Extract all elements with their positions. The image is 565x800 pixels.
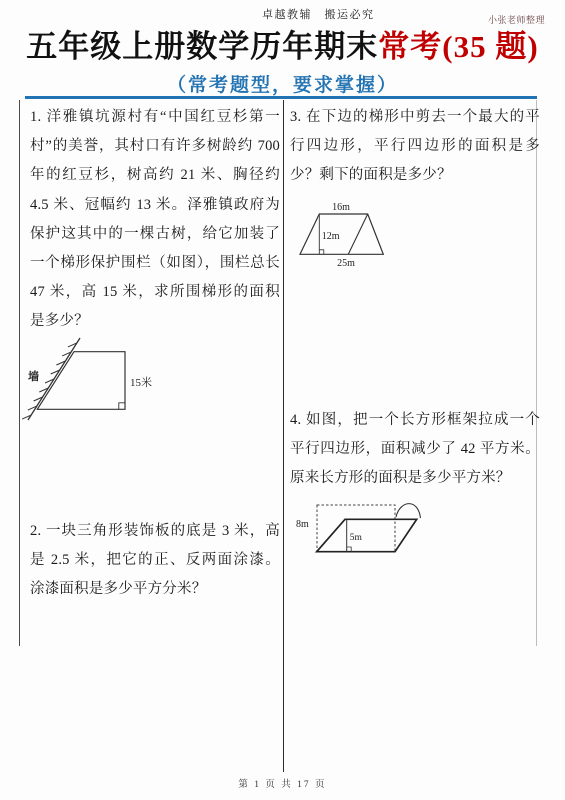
text-line: 3. 在下边的梯形中剪去一个最大的平	[290, 103, 540, 132]
figure-trapezoid-wall: 15米 墙	[20, 330, 160, 426]
text-line: 4.5 米、冠幅约 13 米。泽雅镇政府为	[30, 191, 280, 220]
side-length-label: 8m	[296, 519, 309, 530]
parallelogram-shape	[317, 519, 417, 551]
text-line: 年的红豆杉，树高约 21 米、胸径约	[30, 161, 280, 190]
right-angle-mark	[119, 403, 125, 410]
column-divider	[283, 100, 284, 772]
page-subtitle: （常考题型，要求掌握）	[0, 70, 565, 97]
wall-label: 墙	[28, 369, 39, 383]
text-line: 2. 一块三角形装饰板的底是 3 米，高	[30, 517, 280, 546]
bottom-length-label: 25m	[337, 258, 355, 269]
figure-rectangle-parallelogram: 8m 5m	[293, 497, 428, 559]
problem-4: 4. 如图，把一个长方形框架拉成一个 平行四边形，面积减少了 42 平方米。 原…	[290, 406, 540, 494]
height-label: 12m	[322, 231, 340, 242]
problem-1: 1. 洋雅镇坑源村有“中国红豆杉第一 村”的美誉，其村口有许多树龄约 700 年…	[30, 103, 280, 337]
height-label: 5m	[350, 533, 363, 543]
cut-line	[348, 214, 367, 254]
text-line: 原来长方形的面积是多少平方米？	[290, 464, 540, 493]
problem-3: 3. 在下边的梯形中剪去一个最大的平 行四边形，平行四边形的面积是多 少？剩下的…	[290, 103, 540, 191]
text-line: 村”的美誉，其村口有许多树龄约 700	[30, 132, 280, 161]
height-label: 15米	[130, 375, 152, 389]
text-line: 一个梯形保护围栏（如图），围栏总长	[30, 249, 280, 278]
original-rectangle-dashed	[317, 505, 395, 552]
pull-arrow-icon	[396, 504, 421, 518]
top-length-label: 16m	[332, 202, 350, 213]
text-line: 保护这其中的一棵古树，给它加装了	[30, 220, 280, 249]
problem-2: 2. 一块三角形装饰板的底是 3 米，高 是 2.5 米，把它的正、反两面涂漆。…	[30, 517, 280, 605]
text-line: 4. 如图，把一个长方形框架拉成一个	[290, 406, 540, 435]
header-slogan: 卓越教辅 搬运必究	[262, 6, 375, 22]
worksheet-page: 卓越教辅 搬运必究 小张老师整理 五年级上册数学历年期末常考(35 题) （常考…	[0, 0, 565, 800]
text-line: 少？剩下的面积是多少？	[290, 161, 540, 190]
trapezoid-shape	[300, 214, 383, 254]
text-line: 涂漆面积是多少平方分米？	[30, 575, 280, 604]
page-title: 五年级上册数学历年期末常考(35 题)	[0, 24, 565, 70]
text-line: 1. 洋雅镇坑源村有“中国红豆杉第一	[30, 103, 280, 132]
text-line: 行四边形，平行四边形的面积是多	[290, 132, 540, 161]
right-angle-mark	[319, 250, 324, 255]
text-line: 平行四边形，面积减少了 42 平方米。	[290, 435, 540, 464]
footer-page-number: 第 1 页 共 17 页	[0, 776, 565, 790]
text-line: 是 2.5 米，把它的正、反两面涂漆。	[30, 546, 280, 575]
text-line: 47 米，高 15 米，求所围梯形的面积	[30, 278, 280, 307]
header-rule	[25, 96, 537, 99]
title-red-part: 常考(35 题)	[378, 29, 538, 64]
title-black-part: 五年级上册数学历年期末	[26, 29, 378, 64]
figure-trapezoid-parallelogram: 16m 12m 25m	[292, 198, 402, 272]
